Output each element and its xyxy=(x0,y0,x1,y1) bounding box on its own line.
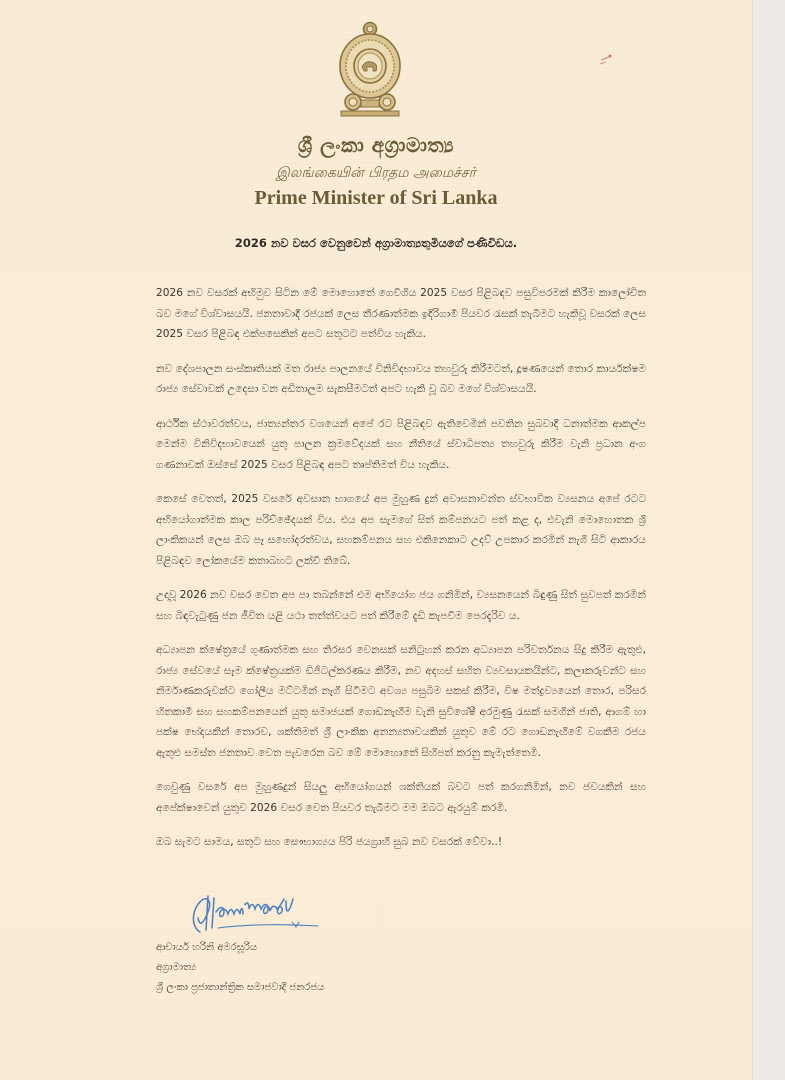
signature-icon xyxy=(188,888,358,938)
sri-lanka-emblem-icon xyxy=(333,20,407,120)
paragraph: නව දේශපාලන සංස්කෘතියක් මත රාජ්‍ය පාලනයේ … xyxy=(156,359,646,400)
paragraph: අධ්‍යාපන ක්ෂේත්‍රයේ ගුණාත්මක සහ තිරසර වෙ… xyxy=(156,640,646,763)
signatory-name: ආචාර්ය හරිනි අමරසූරිය xyxy=(156,938,324,958)
paragraph: ගෙවුණු වසරේ අප මුහුණදුන් සියලු අභියෝගයන්… xyxy=(156,777,646,818)
signatory-block: ආචාර්ය හරිනි අමරසූරිය අග්‍රාමාත්‍ය ශ්‍රී… xyxy=(156,938,324,998)
paragraph: උදාවූ 2026 නව වසර වෙත අප පා තබන්නේ එම අභ… xyxy=(156,585,646,626)
paragraph: ආර්ථික ස්ථාවරත්වය, ජාත්‍යන්තර වශයෙන් අපේ… xyxy=(156,414,646,476)
paragraph: 2026 නව වසරක් අභිමුව සිටින මේ මොහොතේ ගෙව… xyxy=(156,283,646,345)
closing-line: ඔබ සැමට සාමය, සතුට සහ සෞභාග්‍යය පිරි ජයග… xyxy=(156,832,646,853)
signatory-title: අග්‍රාමාත්‍ය xyxy=(156,958,324,978)
paragraph: කෙසේ වෙතත්, 2025 වසරේ අවසාන භාගයේ අප මුහ… xyxy=(156,489,646,571)
letterhead-title-sinhala: ශ්‍රී ලංකා අග්‍රාමාත්‍ය xyxy=(0,133,752,157)
signatory-country: ශ්‍රී ලංකා ප්‍රජාතාන්ත්‍රික සමාජවාදී ජනර… xyxy=(156,978,324,998)
letter-body: 2026 නව වසරක් අභිමුව සිටින මේ මොහොතේ ගෙව… xyxy=(156,283,646,867)
scanner-margin xyxy=(752,0,785,1080)
ink-mark xyxy=(595,52,615,68)
letterhead-title-english: Prime Minister of Sri Lanka xyxy=(0,187,752,210)
letterhead-title-tamil: இலங்கையின் பிரதம அமைச்சர் xyxy=(0,165,752,183)
letter-title: 2026 නව වසර වෙනුවෙන් අග්‍රාමාත්‍යතුමියගේ… xyxy=(0,236,752,251)
